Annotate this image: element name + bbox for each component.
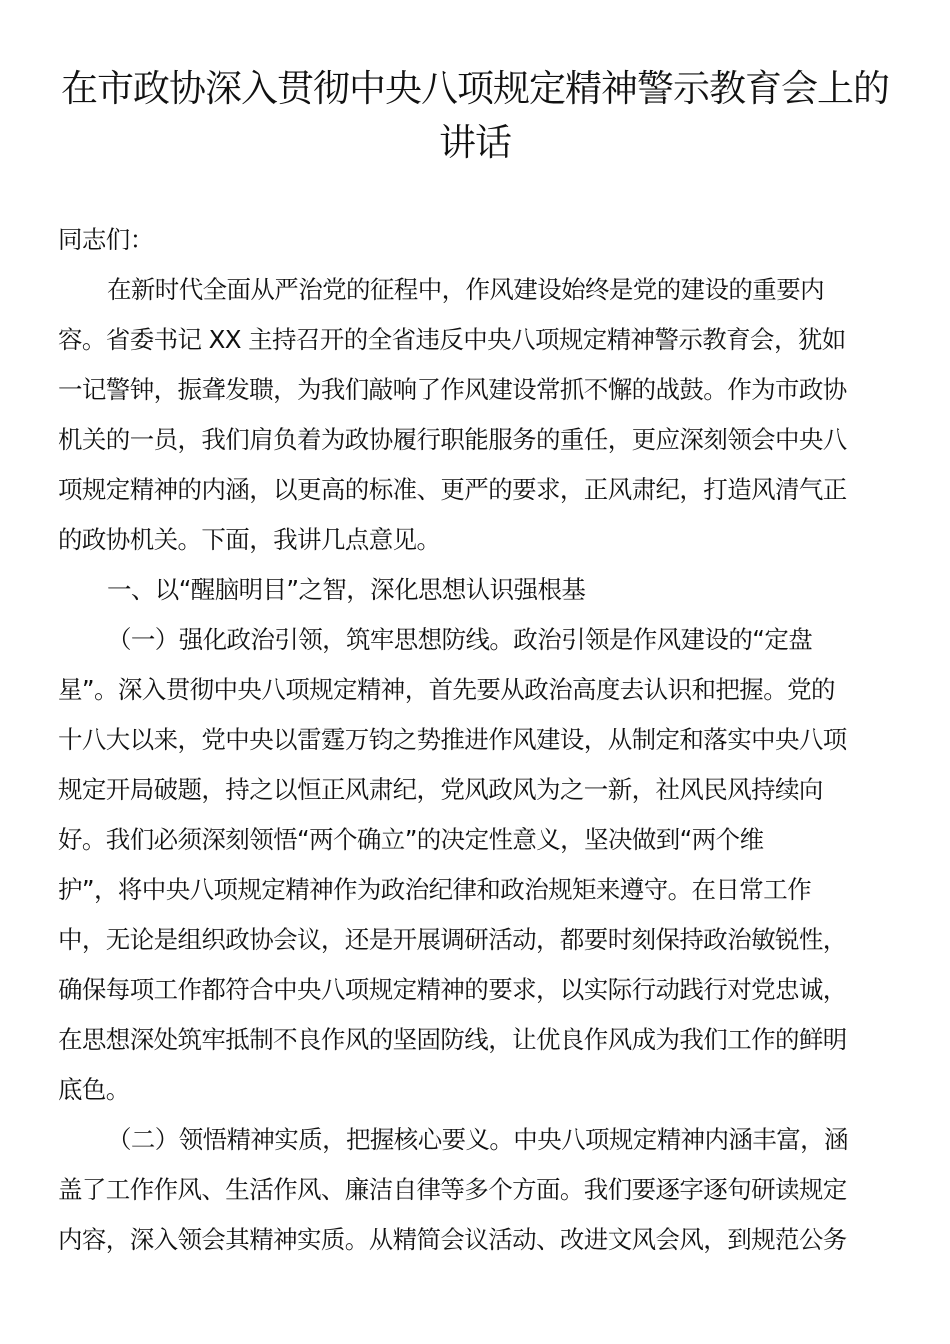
- text-line: 盖了工作作风、生活作风、廉洁自律等多个方面。我们要逐字逐句研读规定: [58, 1165, 878, 1215]
- paragraph-1-1: （一）强化政治引领，筑牢思想防线。政治引领是作风建设的“定盘 星”。深入贯彻中央…: [58, 615, 878, 1115]
- text-line: 机关的一员，我们肩负着为政协履行职能服务的重任，更应深刻领会中央八: [58, 415, 878, 465]
- section-heading-1: 一、以“醒脑明目”之智，深化思想认识强根基: [58, 565, 878, 615]
- document-title: 在市政协深入贯彻中央八项规定精神警示教育会上的 讲话: [40, 62, 910, 170]
- document-body: 同志们： 在新时代全面从严治党的征程中，作风建设始终是党的建设的重要内 容。省委…: [58, 215, 878, 1265]
- title-line: 在市政协深入贯彻中央八项规定精神警示教育会上的: [40, 62, 910, 116]
- text-line: 一记警钟，振聋发聩，为我们敲响了作风建设常抓不懈的战鼓。作为市政协: [58, 365, 878, 415]
- text-line: （一）强化政治引领，筑牢思想防线。政治引领是作风建设的“定盘: [58, 615, 878, 665]
- heading-text: 一、以“醒脑明目”之智，深化思想认识强根基: [58, 565, 878, 615]
- text-line: 在新时代全面从严治党的征程中，作风建设始终是党的建设的重要内: [58, 265, 878, 315]
- title-line: 讲话: [40, 116, 910, 170]
- text-line: 好。我们必须深刻领悟“两个确立”的决定性意义，坚决做到“两个维: [58, 815, 878, 865]
- text-line: 在思想深处筑牢抵制不良作风的坚固防线，让优良作风成为我们工作的鲜明: [58, 1015, 878, 1065]
- document-page: 在市政协深入贯彻中央八项规定精神警示教育会上的 讲话 同志们： 在新时代全面从严…: [0, 0, 950, 1344]
- text-line: 确保每项工作都符合中央八项规定精神的要求，以实际行动践行对党忠诚，: [58, 965, 878, 1015]
- paragraph-intro: 在新时代全面从严治党的征程中，作风建设始终是党的建设的重要内 容。省委书记 XX…: [58, 265, 878, 565]
- text-line: 星”。深入贯彻中央八项规定精神，首先要从政治高度去认识和把握。党的: [58, 665, 878, 715]
- text-line: 底色。: [58, 1065, 878, 1115]
- paragraph-1-2: （二）领悟精神实质，把握核心要义。中央八项规定精神内涵丰富，涵 盖了工作作风、生…: [58, 1115, 878, 1265]
- salutation: 同志们：: [58, 215, 878, 265]
- text-line: 中，无论是组织政协会议，还是开展调研活动，都要时刻保持政治敏锐性，: [58, 915, 878, 965]
- text-line: 项规定精神的内涵，以更高的标准、更严的要求，正风肃纪，打造风清气正: [58, 465, 878, 515]
- text-line: 的政协机关。下面，我讲几点意见。: [58, 515, 878, 565]
- text-line: 内容，深入领会其精神实质。从精简会议活动、改进文风会风，到规范公务: [58, 1215, 878, 1265]
- text-line: 护”，将中央八项规定精神作为政治纪律和政治规矩来遵守。在日常工作: [58, 865, 878, 915]
- text-line: 规定开局破题，持之以恒正风肃纪，党风政风为之一新，社风民风持续向: [58, 765, 878, 815]
- salutation-text: 同志们：: [58, 215, 878, 265]
- text-line: 十八大以来，党中央以雷霆万钧之势推进作风建设，从制定和落实中央八项: [58, 715, 878, 765]
- text-line: 容。省委书记 XX 主持召开的全省违反中央八项规定精神警示教育会，犹如: [58, 315, 878, 365]
- text-line: （二）领悟精神实质，把握核心要义。中央八项规定精神内涵丰富，涵: [58, 1115, 878, 1165]
